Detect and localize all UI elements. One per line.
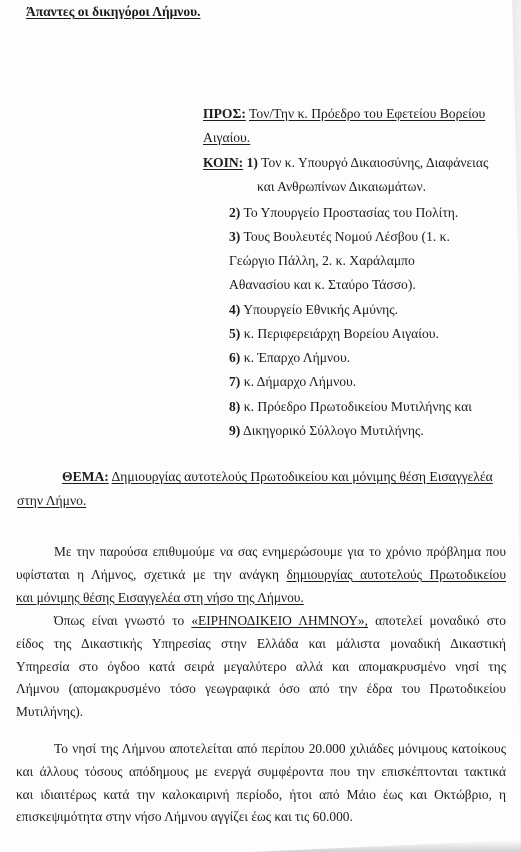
cc-item-5: 5) κ. Περιφερειάρχη Βορείου Αιγαίου. <box>229 326 439 342</box>
cc-item-text: Δικηγορικό Σύλλογο Μυτιλήνης. <box>243 423 424 438</box>
paragraph-1: Με την παρούσα επιθυμούμε να σας ενημερώ… <box>16 541 506 609</box>
cc-item-2: 2) Το Υπουργείο Προστασίας του Πολίτη. <box>229 205 458 221</box>
paragraph-line: και ιδιαιτέρως κατά την καλοκαιρινή περί… <box>16 784 506 807</box>
cc-item-text: κ. Δήμαρχο Λήμνου. <box>244 374 356 389</box>
cc-item-text: Τον κ. Υπουργό Δικαιοσύνης, Διαφάνειας <box>261 155 488 170</box>
cc-item-num: 5) <box>229 326 240 341</box>
cc-item-text: κ. Πρόεδρο Πρωτοδικείου Μυτιλήνης και <box>244 399 472 414</box>
paragraph-emphasis: δημιουργίας αυτοτελούς Πρωτοδικείου <box>287 567 506 582</box>
cc-item-num: 6) <box>229 350 240 365</box>
to-line-2: Αιγαίου. <box>203 130 250 146</box>
paragraph-line: Λήμνου (απομακρυσμένο τόσο γεωγραφικά όσ… <box>16 678 506 701</box>
cc-item-num: 3) <box>229 229 240 244</box>
cc-item-3-cont-2: Αθανασίου και κ. Σταύρο Τάσσο). <box>229 277 416 293</box>
paragraph-line: και μόνιμης θέσης Εισαγγελέα στη νήσο τη… <box>16 587 506 610</box>
paragraph-emphasis: «ΕΙΡΗΝΟΔΙΚΕΙΟ ΛΗΜΝΟΥ», <box>191 613 368 628</box>
subject-line-2: στην Λήμνο. <box>17 493 86 509</box>
cc-item-9: 9) Δικηγορικό Σύλλογο Μυτιλήνης. <box>229 423 424 439</box>
paragraph-3: Το νησί της Λήμνου αποτελείται από περίπ… <box>16 738 506 829</box>
subject-label: ΘΕΜΑ: <box>62 469 109 484</box>
cc-item-num: 9) <box>229 423 240 438</box>
paragraph-line: Το νησί της Λήμνου αποτελείται από περίπ… <box>16 738 506 761</box>
paragraph-line: Όπως είναι γνωστό το «ΕΙΡΗΝΟΔΙΚΕΙΟ ΛΗΜΝΟ… <box>16 610 506 633</box>
cc-item-num: 8) <box>229 399 240 414</box>
cc-item-1: ΚΟΙΝ: 1) Τον κ. Υπουργό Δικαιοσύνης, Δια… <box>203 155 488 171</box>
cc-item-6: 6) κ. Έπαρχο Λήμνου. <box>229 350 350 366</box>
cc-item-text: κ. Περιφερειάρχη Βορείου Αιγαίου. <box>244 326 439 341</box>
paragraph-text: αποτελεί μοναδικό στο <box>368 613 506 628</box>
to-line-1: ΠΡΟΣ: Τον/Την κ. Πρόεδρο του Εφετείου Βο… <box>203 106 485 122</box>
paragraph-line: είδος της Δικαστικής Υπηρεσίας στην Ελλά… <box>16 633 506 656</box>
cc-item-num: 7) <box>229 374 240 389</box>
cc-item-text: Υπουργείο Εθνικής Αμύνης. <box>243 302 398 317</box>
cc-item-8: 8) κ. Πρόεδρο Πρωτοδικείου Μυτιλήνης και <box>229 399 472 415</box>
subject-text: Δημιουργίας αυτοτελούς Πρωτοδικείου και … <box>111 469 492 484</box>
paragraph-text: Όπως είναι γνωστό το <box>54 613 191 628</box>
cc-item-3: 3) Τους Βουλευτές Νομού Λέσβου (1. κ. <box>229 229 450 245</box>
cc-item-num: 4) <box>229 302 240 317</box>
cc-label: ΚΟΙΝ: <box>203 155 243 170</box>
paragraph-line: και άλλους τόσους απόδημους με ενεργά συ… <box>16 761 506 784</box>
to-label: ΠΡΟΣ: <box>203 106 246 121</box>
cc-item-text: Τους Βουλευτές Νομού Λέσβου (1. κ. <box>243 229 449 244</box>
cc-item-4: 4) Υπουργείο Εθνικής Αμύνης. <box>229 302 398 318</box>
paragraph-text: υφίσταται η Λήμνος, σχετικά με την ανάγκ… <box>16 567 287 582</box>
page-bottom-shadow <box>250 840 521 852</box>
cc-item-num: 1) <box>247 155 258 170</box>
subject-line-1: ΘΕΜΑ: Δημιουργίας αυτοτελούς Πρωτοδικείο… <box>62 469 493 485</box>
paragraph-line: υφίσταται η Λήμνος, σχετικά με την ανάγκ… <box>16 564 506 587</box>
paragraph-line: Με την παρούσα επιθυμούμε να σας ενημερώ… <box>16 541 506 564</box>
paragraph-line: επισκεψιμότητα στην νήσο Λήμνου αγγίζει … <box>16 806 506 829</box>
header-note: Άπαντες οι δικηγόροι Λήμνου. <box>26 4 200 20</box>
paragraph-2: Όπως είναι γνωστό το «ΕΙΡΗΝΟΔΙΚΕΙΟ ΛΗΜΝΟ… <box>16 610 506 724</box>
paragraph-line: Μυτιλήνης). <box>16 701 506 724</box>
paragraph-line: Υπηρεσία στο όγδοο κατά σειρά μεγαλύτερο… <box>16 656 506 679</box>
page-edge-shadow <box>481 0 521 852</box>
scanned-letter-page: Άπαντες οι δικηγόροι Λήμνου. ΠΡΟΣ: Τον/Τ… <box>0 0 521 852</box>
cc-item-1-cont: και Ανθρωπίνων Δικαιωμάτων. <box>257 179 426 195</box>
cc-item-text: Το Υπουργείο Προστασίας του Πολίτη. <box>243 205 458 220</box>
to-text: Τον/Την κ. Πρόεδρο του Εφετείου Βορείου <box>249 106 485 121</box>
cc-item-text: κ. Έπαρχο Λήμνου. <box>244 350 350 365</box>
cc-item-3-cont-1: Γεώργιο Πάλλη, 2. κ. Χαράλαμπο <box>229 253 415 269</box>
cc-item-7: 7) κ. Δήμαρχο Λήμνου. <box>229 374 356 390</box>
cc-item-num: 2) <box>229 205 240 220</box>
